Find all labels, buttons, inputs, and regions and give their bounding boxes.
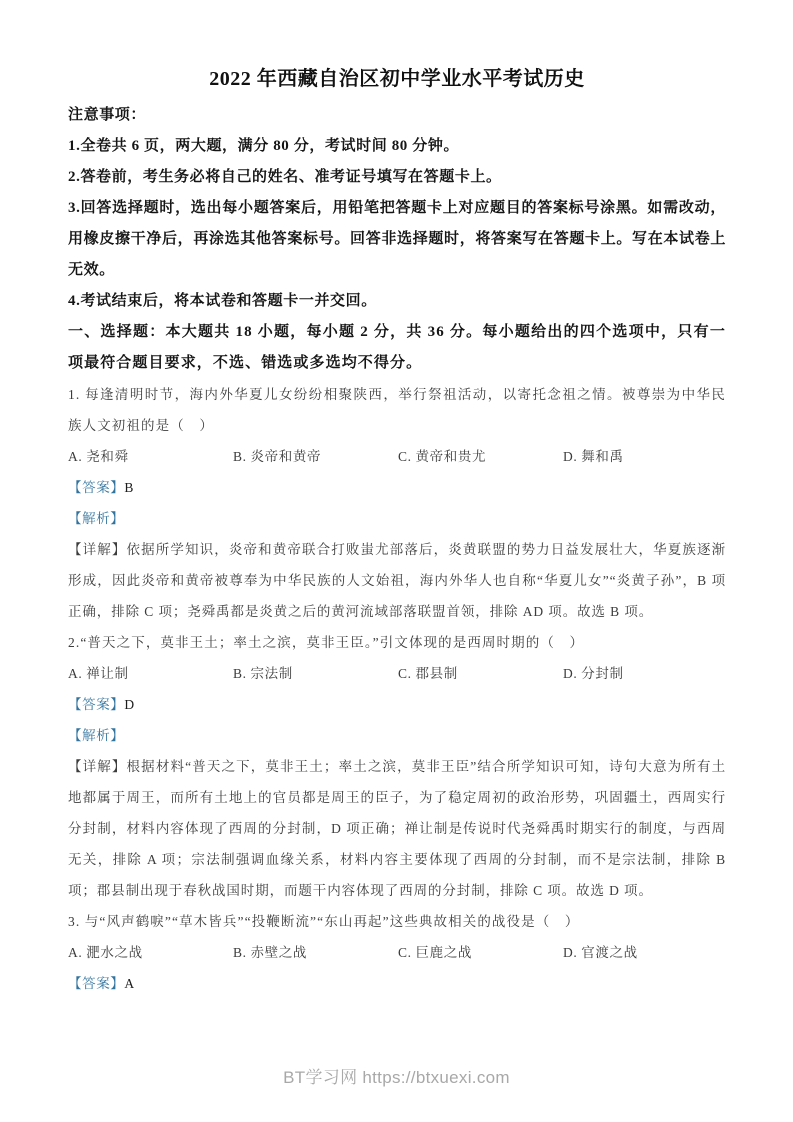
question-1-answer-value: B <box>124 480 134 495</box>
question-2-option-a: A. 禅让制 <box>68 658 233 689</box>
question-1-answer-line: 【答案】B <box>68 472 726 503</box>
notice-item-2: 2.答卷前，考生务必将自己的姓名、准考证号填写在答题卡上。 <box>68 162 726 193</box>
question-3-option-c: C. 巨鹿之战 <box>398 937 563 968</box>
question-1-options: A. 尧和舜 B. 炎帝和黄帝 C. 黄帝和贵尤 D. 舞和禹 <box>68 441 726 472</box>
question-1-analysis-label: 【解析】 <box>68 503 726 534</box>
question-3-options: A. 淝水之战 B. 赤壁之战 C. 巨鹿之战 D. 官渡之战 <box>68 937 726 968</box>
page-title: 2022 年西藏自治区初中学业水平考试历史 <box>68 64 726 100</box>
exam-paper-page: 2022 年西藏自治区初中学业水平考试历史 注意事项： 1.全卷共 6 页，两大… <box>0 0 793 1122</box>
question-2-explanation: 【详解】根据材料“普天之下，莫非王土；率土之滨，莫非王臣”结合所学知识可知，诗句… <box>68 751 726 906</box>
question-2-option-d: D. 分封制 <box>563 658 726 689</box>
notice-item-4: 4.考试结束后，将本试卷和答题卡一并交回。 <box>68 286 726 317</box>
question-3-option-d: D. 官渡之战 <box>563 937 726 968</box>
question-2-stem: 2.“普天之下，莫非王土；率土之滨，莫非王臣。”引文体现的是西周时期的（ ） <box>68 627 726 658</box>
question-3-answer-line: 【答案】A <box>68 968 726 999</box>
question-2-option-c: C. 郡县制 <box>398 658 563 689</box>
question-3-answer-value: A <box>124 976 134 991</box>
question-3-option-b: B. 赤壁之战 <box>233 937 398 968</box>
answer-label: 【答案】 <box>68 697 124 712</box>
question-block-2: 2.“普天之下，莫非王土；率土之滨，莫非王臣。”引文体现的是西周时期的（ ） A… <box>68 627 726 906</box>
question-block-3: 3. 与“风声鹤唳”“草木皆兵”“投鞭断流”“东山再起”这些典故相关的战役是（ … <box>68 906 726 999</box>
question-2-analysis-label: 【解析】 <box>68 720 726 751</box>
question-1-option-d: D. 舞和禹 <box>563 441 726 472</box>
section-heading-choice-questions: 一、选择题：本大题共 18 小题，每小题 2 分，共 36 分。每小题给出的四个… <box>68 317 726 379</box>
notice-item-1: 1.全卷共 6 页，两大题，满分 80 分，考试时间 80 分钟。 <box>68 131 726 162</box>
watermark-footer: BT学习网 https://btxuexi.com <box>0 1063 793 1088</box>
question-1-stem: 1. 每逢清明时节，海内外华夏儿女纷纷相聚陕西，举行祭祖活动，以寄托念祖之情。被… <box>68 379 726 441</box>
notice-section: 注意事项： 1.全卷共 6 页，两大题，满分 80 分，考试时间 80 分钟。 … <box>68 100 726 317</box>
answer-label: 【答案】 <box>68 480 124 495</box>
question-3-stem: 3. 与“风声鹤唳”“草木皆兵”“投鞭断流”“东山再起”这些典故相关的战役是（ … <box>68 906 726 937</box>
question-2-answer-value: D <box>124 697 134 712</box>
question-1-option-c: C. 黄帝和贵尤 <box>398 441 563 472</box>
notice-heading: 注意事项： <box>68 100 726 131</box>
question-2-answer-line: 【答案】D <box>68 689 726 720</box>
question-1-explanation: 【详解】依据所学知识，炎帝和黄帝联合打败蚩尤部落后，炎黄联盟的势力日益发展壮大，… <box>68 534 726 627</box>
question-3-option-a: A. 淝水之战 <box>68 937 233 968</box>
question-1-option-b: B. 炎帝和黄帝 <box>233 441 398 472</box>
question-1-option-a: A. 尧和舜 <box>68 441 233 472</box>
question-2-option-b: B. 宗法制 <box>233 658 398 689</box>
answer-label: 【答案】 <box>68 976 124 991</box>
question-2-options: A. 禅让制 B. 宗法制 C. 郡县制 D. 分封制 <box>68 658 726 689</box>
question-block-1: 1. 每逢清明时节，海内外华夏儿女纷纷相聚陕西，举行祭祖活动，以寄托念祖之情。被… <box>68 379 726 627</box>
notice-item-3: 3.回答选择题时，选出每小题答案后，用铅笔把答题卡上对应题目的答案标号涂黑。如需… <box>68 193 726 286</box>
